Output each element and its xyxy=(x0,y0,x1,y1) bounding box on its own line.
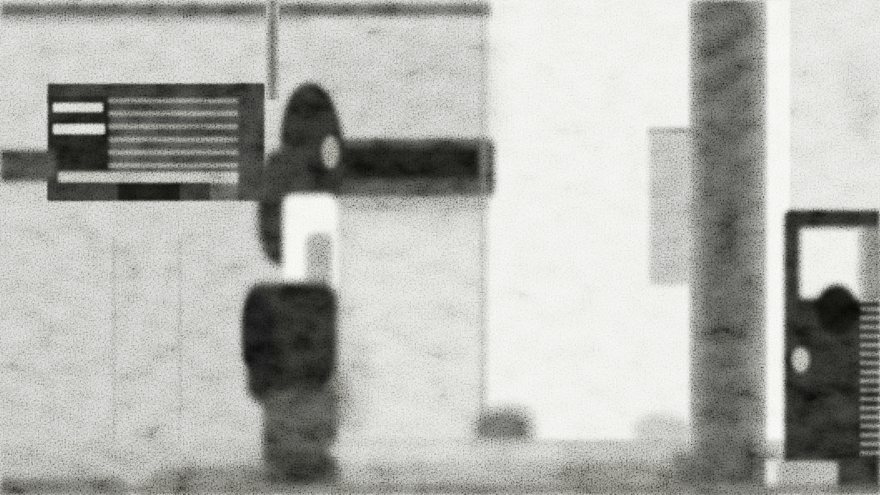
window-slat-lower xyxy=(53,124,105,134)
person-shoulder-bag xyxy=(241,294,275,372)
window-slat-upper xyxy=(53,103,103,112)
sidewalk-bright-patch xyxy=(328,440,563,462)
doorway-right-streak-texture xyxy=(860,298,880,458)
post-left-ground-shadow xyxy=(634,416,692,448)
person-arm-shadow xyxy=(306,234,332,288)
doorway-light-spot xyxy=(792,348,809,372)
right-wall-smudge xyxy=(843,52,880,140)
window-grille-texture xyxy=(108,98,240,174)
dark-sign-core xyxy=(337,147,479,179)
window-sill-light-band xyxy=(58,172,258,183)
wall-seam-right xyxy=(178,240,182,445)
top-shadow-band-faint xyxy=(0,16,310,23)
person-face-highlight xyxy=(322,136,339,168)
wall-seam-left xyxy=(112,235,116,445)
wall-corner-shade xyxy=(477,0,491,450)
thin-pole xyxy=(266,0,279,100)
left-wall-bright-patch xyxy=(345,225,493,455)
top-shadow-band xyxy=(0,3,490,17)
window-bottom-dark-block xyxy=(118,184,180,200)
doorway-figure-head xyxy=(816,284,858,336)
sidewalk-bottom-edge xyxy=(0,484,880,495)
left-edge-dark-sign xyxy=(0,150,56,182)
photograph xyxy=(0,0,880,495)
doorway-right-shade xyxy=(858,228,880,300)
dark-post xyxy=(690,0,766,495)
sign-under-shadow xyxy=(336,196,486,210)
